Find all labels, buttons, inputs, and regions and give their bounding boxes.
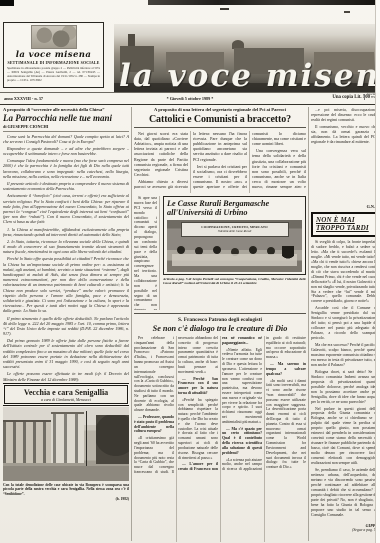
article-kicker: A proposito di “sovvenire alle necessità… <box>3 107 129 112</box>
feature-row: Si apre una nuova fase del PCI verso il … <box>134 196 306 310</box>
issue-date: * Giovedì 5 ottobre 1989 * <box>0 96 380 101</box>
column-box-non-e-mai-troppo-tardi: NON È MAI TROPPO TARDI <box>311 212 377 237</box>
column-title: NON È MAI <box>316 216 372 224</box>
page-edge <box>375 0 380 543</box>
article-headline: Se non c'è dialogo tra le creature di Di… <box>134 324 306 333</box>
article-body: Come sarà la Parrocchia del domani? Qual… <box>3 134 129 382</box>
feature-title: Le Casse Rurali Bergamasche <box>167 199 302 208</box>
column-divider <box>308 107 309 541</box>
divider <box>134 127 306 128</box>
newspaper-front-page: la voce misena SETTIMANALE DI INFORMAZIO… <box>0 0 380 543</box>
conference-photo: COOPERAZIONE, CREDITO, MERCATO l'identit… <box>167 220 302 272</box>
photo-caption: Articolo a pag. 5 di Sergio Pretelli sul… <box>163 277 306 291</box>
column-body: Si svegliò di colpo, la fronte imperlata… <box>311 240 377 522</box>
feature-stack: Le Casse Rurali Bergamasche all'Universi… <box>160 196 306 310</box>
scan-artifact <box>344 11 350 13</box>
street-pole <box>86 411 87 466</box>
feature-box-casse-rurali: Le Casse Rurali Bergamasche all'Universi… <box>163 196 306 275</box>
divider <box>134 313 306 314</box>
masthead-photo: la voce misena <box>114 24 377 92</box>
street-photo <box>3 407 129 481</box>
article-kicker: S. Francesco Patrono degli ecologisti <box>134 317 306 323</box>
interview-body-columns: Per celebrare i cinquant'anni della proc… <box>134 336 306 542</box>
logo-title: la voce misena <box>7 50 100 60</box>
plant-silhouette <box>282 246 294 262</box>
article-headline: La Parrocchia nelle tue mani <box>3 113 129 123</box>
logo-fineprint: Spedizione in abbonamento postale gruppo… <box>7 66 100 82</box>
masthead-logo-box: la voce misena SETTIMANALE DI INFORMAZIO… <box>3 22 104 88</box>
article-parrocchia: A proposito di “sovvenire alle necessità… <box>3 107 129 541</box>
speakers-silhouettes <box>177 246 185 254</box>
article-signature: G.N. <box>311 204 375 209</box>
house-facade <box>51 412 84 462</box>
article-headline: Cattolici e Comunisti a braccetto? <box>134 114 306 125</box>
article-byline: di GIUSEPPE CIONCHI <box>3 124 129 132</box>
article-cattolici-comunisti: A proposito di una lettera del segretari… <box>134 107 306 543</box>
house-facade <box>3 420 51 463</box>
column-title: TROPPO TARDI <box>316 224 372 232</box>
continuation-note: (Segue a pag. 5) <box>311 528 377 532</box>
article-kicker: A proposito di una lettera del segretari… <box>134 107 306 112</box>
conference-table <box>172 254 296 266</box>
photo-credit: (b. 1982) <box>3 497 129 501</box>
logo-etching-image <box>31 25 77 49</box>
banner-text: l'identità delle Casse Rurali <box>182 229 288 233</box>
trees-silhouette <box>96 415 129 464</box>
column-divider <box>131 107 132 541</box>
divider <box>0 104 380 105</box>
photo-caption: Con la totale demolizione delle case ubi… <box>3 483 129 497</box>
rubric-box-vecchia-senigallia: Vecchia e cara Senigallia a cura di Giro… <box>4 385 128 404</box>
article-body-columns: Nei giorni scorsi era stata data, dal qu… <box>134 131 306 193</box>
masthead-title: la voce misena <box>119 58 375 92</box>
scan-artifact <box>148 0 380 5</box>
divider <box>0 92 380 93</box>
scan-artifact <box>0 0 14 6</box>
article-body-narrow-column: Si apre una nuova fase del PCI verso il … <box>134 196 160 310</box>
article-body-continuation: ...e poi miseria, disoccupazione, repres… <box>311 107 377 203</box>
dateline: anno XXXVIII - n. 37 * Giovedì 5 ottobre… <box>0 94 380 104</box>
scan-artifact <box>220 8 229 10</box>
conference-banner: COOPERAZIONE, CREDITO, MERCATO l'identit… <box>181 222 289 237</box>
rubric-byline: a cura di Girolametti, Mencucci <box>5 398 127 402</box>
logo-subtitle: SETTIMANALE DI INFORMAZIONE SOCIALE <box>7 61 100 65</box>
rubric-title: Vecchia e cara Senigallia <box>5 388 127 397</box>
feature-title: all'Università di Urbino <box>167 208 302 217</box>
right-sidebar: ...e poi miseria, disoccupazione, repres… <box>311 107 377 543</box>
